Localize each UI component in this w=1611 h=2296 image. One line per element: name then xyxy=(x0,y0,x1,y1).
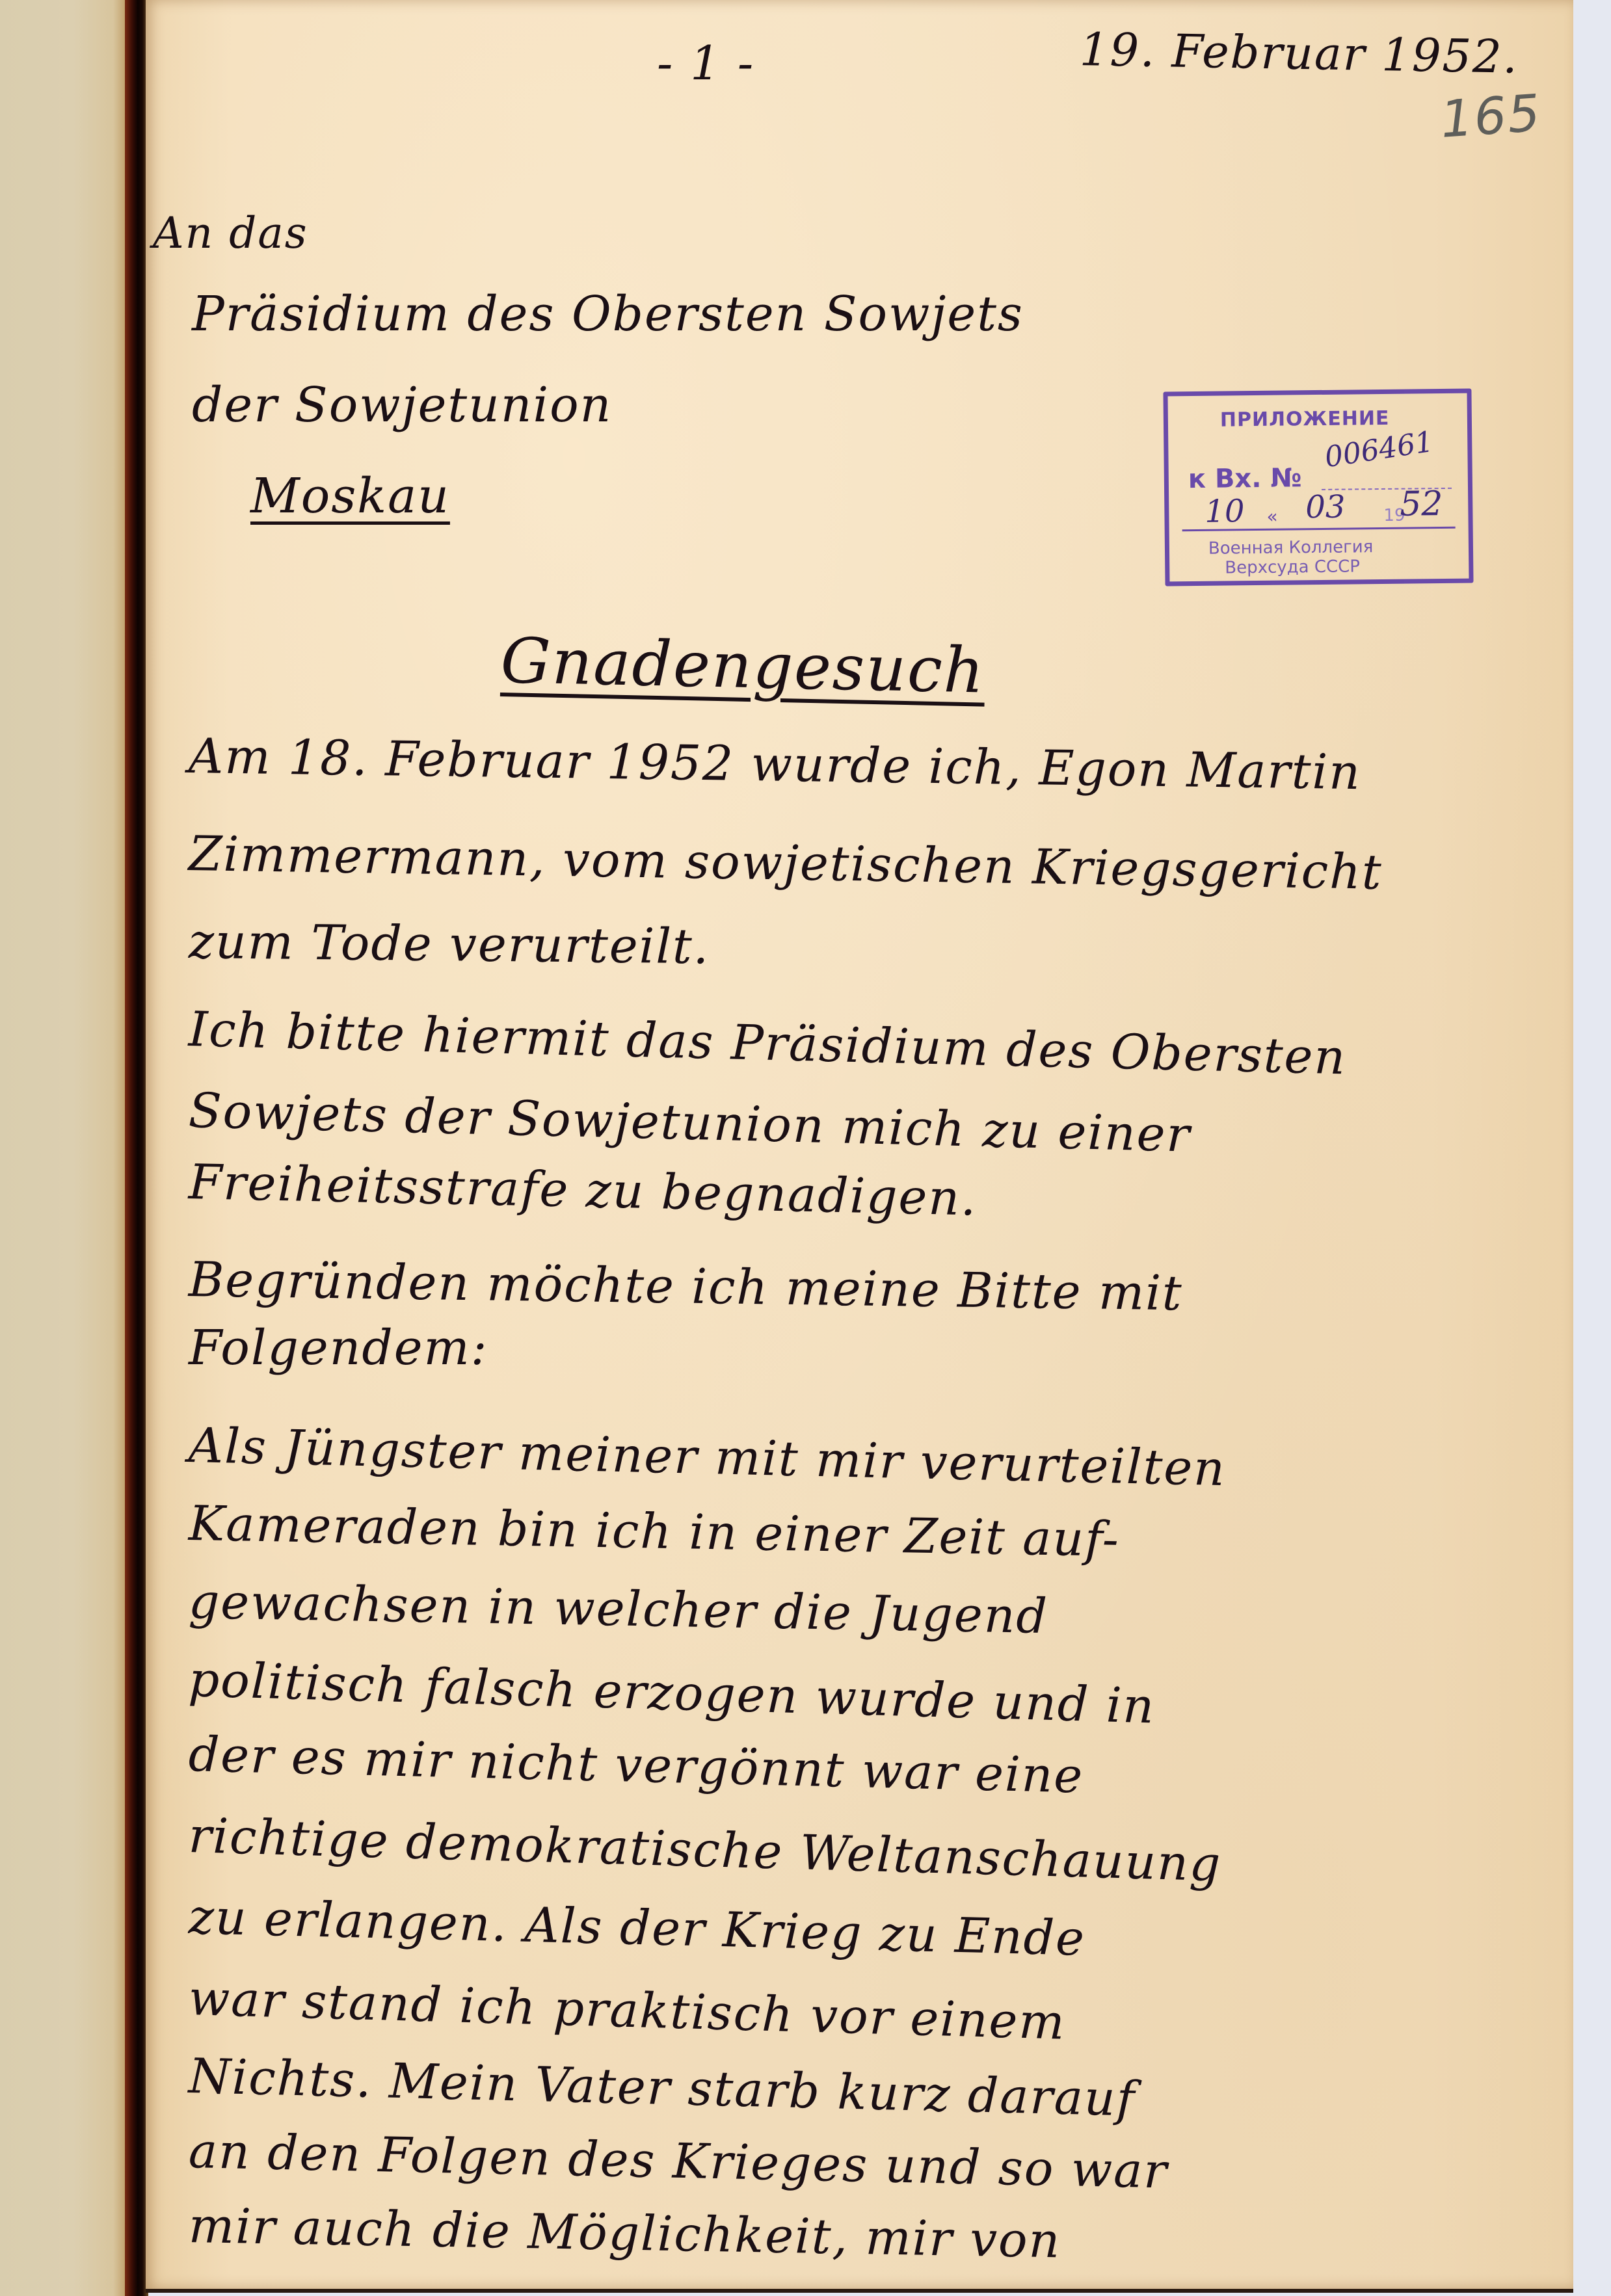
stamp-year: 52 xyxy=(1400,484,1443,524)
stamp-reference-label: к Вх. № xyxy=(1188,463,1302,494)
stamp-reference-number: 006461 xyxy=(1323,425,1436,475)
addressee-line: An das xyxy=(153,208,308,258)
addressee-line: Präsidium des Obersten Sowjets xyxy=(192,286,1024,342)
letter-date: 19. Februar 1952. xyxy=(1079,23,1519,84)
stamp-quote-mark: « xyxy=(1266,506,1277,527)
body-line: zum Tode verurteilt. xyxy=(189,914,710,975)
facing-page-left xyxy=(0,0,133,2296)
body-line: Folgendem: xyxy=(189,1320,488,1376)
stamp-title: ПРИЛОЖЕНИЕ xyxy=(1220,407,1390,432)
scanner-background xyxy=(1573,0,1611,2296)
addressee-city: Moskau xyxy=(250,468,450,524)
addressee-line: der Sowjetunion xyxy=(192,377,612,433)
page-number-marker: - 1 - xyxy=(657,36,754,90)
binding-gutter xyxy=(125,0,148,2296)
archive-folio-number: 165 xyxy=(1439,84,1543,150)
document-title: Gnadengesuch xyxy=(500,624,986,707)
stamp-month: 03 xyxy=(1305,489,1346,526)
stamp-day: 10 xyxy=(1205,493,1245,530)
stamp-organization-line1: Военная Коллегия xyxy=(1208,537,1374,559)
receipt-stamp: ПРИЛОЖЕНИЕ к Вх. № 006461 10 « 03 19 52 … xyxy=(1163,389,1473,587)
stamp-organization-line2: Верхсуда СССР xyxy=(1225,557,1360,577)
